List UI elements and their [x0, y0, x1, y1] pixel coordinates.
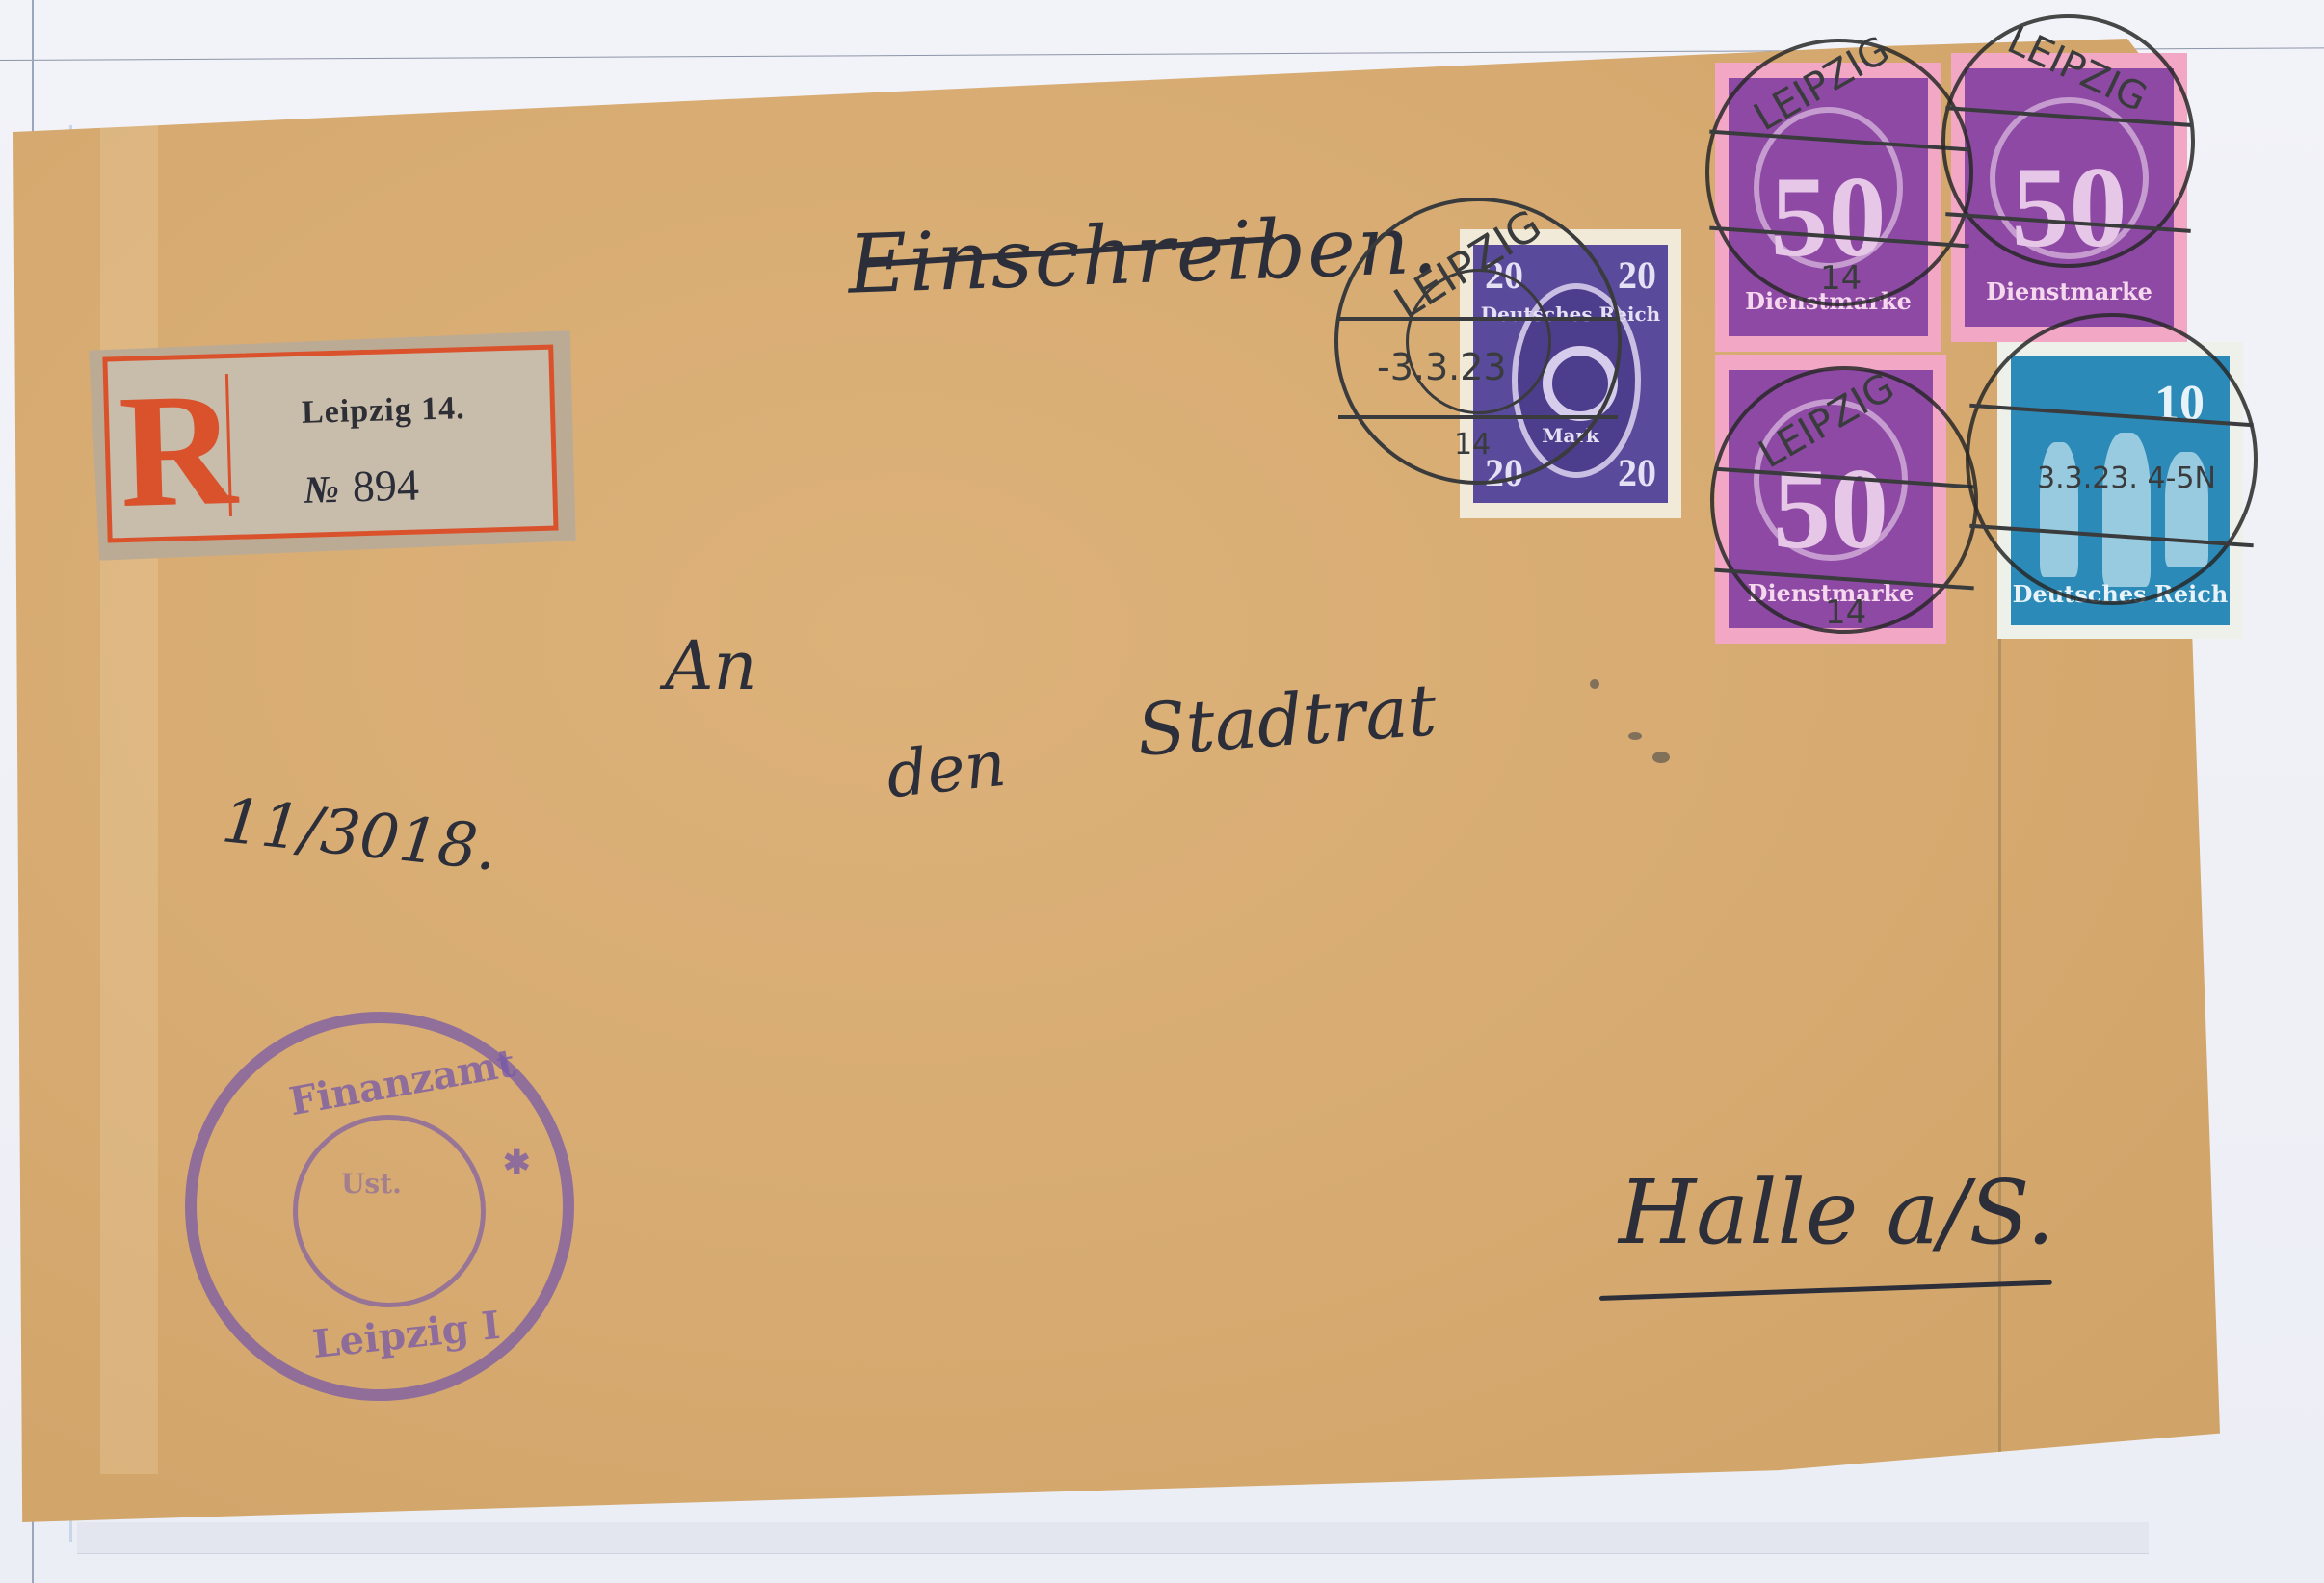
postmark-date: -3.3.23 [1377, 346, 1507, 388]
postmark-city: LEIPZIG [2000, 18, 2153, 121]
stamp-value: 20 [1618, 252, 1656, 298]
postmark-bar [1709, 226, 1969, 249]
postmark-date: 3.3.23. 4-5N [2037, 462, 2216, 495]
postmark-bar [1969, 524, 2254, 548]
stamp-caption: Dienstmarke [1965, 277, 2174, 305]
postmark-bar [1969, 404, 2254, 428]
registration-number-value: 894 [352, 461, 419, 512]
registration-label: R Leipzig 14. №894 [89, 330, 576, 561]
postmark: LEIPZIG [1941, 14, 2195, 268]
number-sign: № [304, 467, 340, 512]
ink-stain [1628, 732, 1642, 740]
address-line-2a: den [883, 726, 1009, 813]
postmark-bar [1945, 212, 2191, 233]
address-line-1: An [665, 626, 757, 705]
postmark-bar [1945, 106, 2191, 127]
registration-letter: R [118, 371, 214, 533]
postmark: LEIPZIG -3.3.23 14 [1334, 198, 1622, 485]
postmark-office: 14 [1454, 428, 1491, 462]
destination-city: Halle a/S. [1619, 1161, 2054, 1264]
postmark-office: 14 [1820, 259, 1862, 298]
postmark: LEIPZIG 14 [1705, 39, 1973, 306]
handstamp-bottom-text: Leipzig I [310, 1303, 502, 1367]
postmark-bar [1714, 568, 1974, 591]
postmark-bar [1338, 317, 1618, 321]
ink-stain [1590, 679, 1599, 689]
registration-number: №894 [303, 460, 419, 514]
sleeve-bottom-strip [77, 1522, 2149, 1554]
postmark-bar [1709, 130, 1969, 152]
handstamp-center-text: Ust. [341, 1168, 402, 1200]
postmark-bar [1714, 467, 1974, 489]
postmark-office: 14 [1825, 594, 1866, 632]
handstamp-inner-ring [293, 1115, 486, 1307]
postmark: LEIPZIG 14 [1710, 366, 1978, 634]
stamp-value: 20 [1618, 450, 1656, 495]
postmark: 3.3.23. 4-5N [1966, 313, 2258, 605]
office-handstamp: Finanzamt Leipzig I Ust. ✱ [185, 1012, 574, 1401]
asterisk-icon: ✱ [503, 1144, 531, 1182]
registration-frame: R Leipzig 14. №894 [102, 345, 558, 543]
postmark-bar [1338, 415, 1618, 419]
handstamp-top-text: Finanzamt [286, 1041, 519, 1124]
ink-stain [1652, 752, 1670, 763]
registration-office: Leipzig 14. [302, 390, 466, 432]
paper-fold [100, 125, 158, 1474]
